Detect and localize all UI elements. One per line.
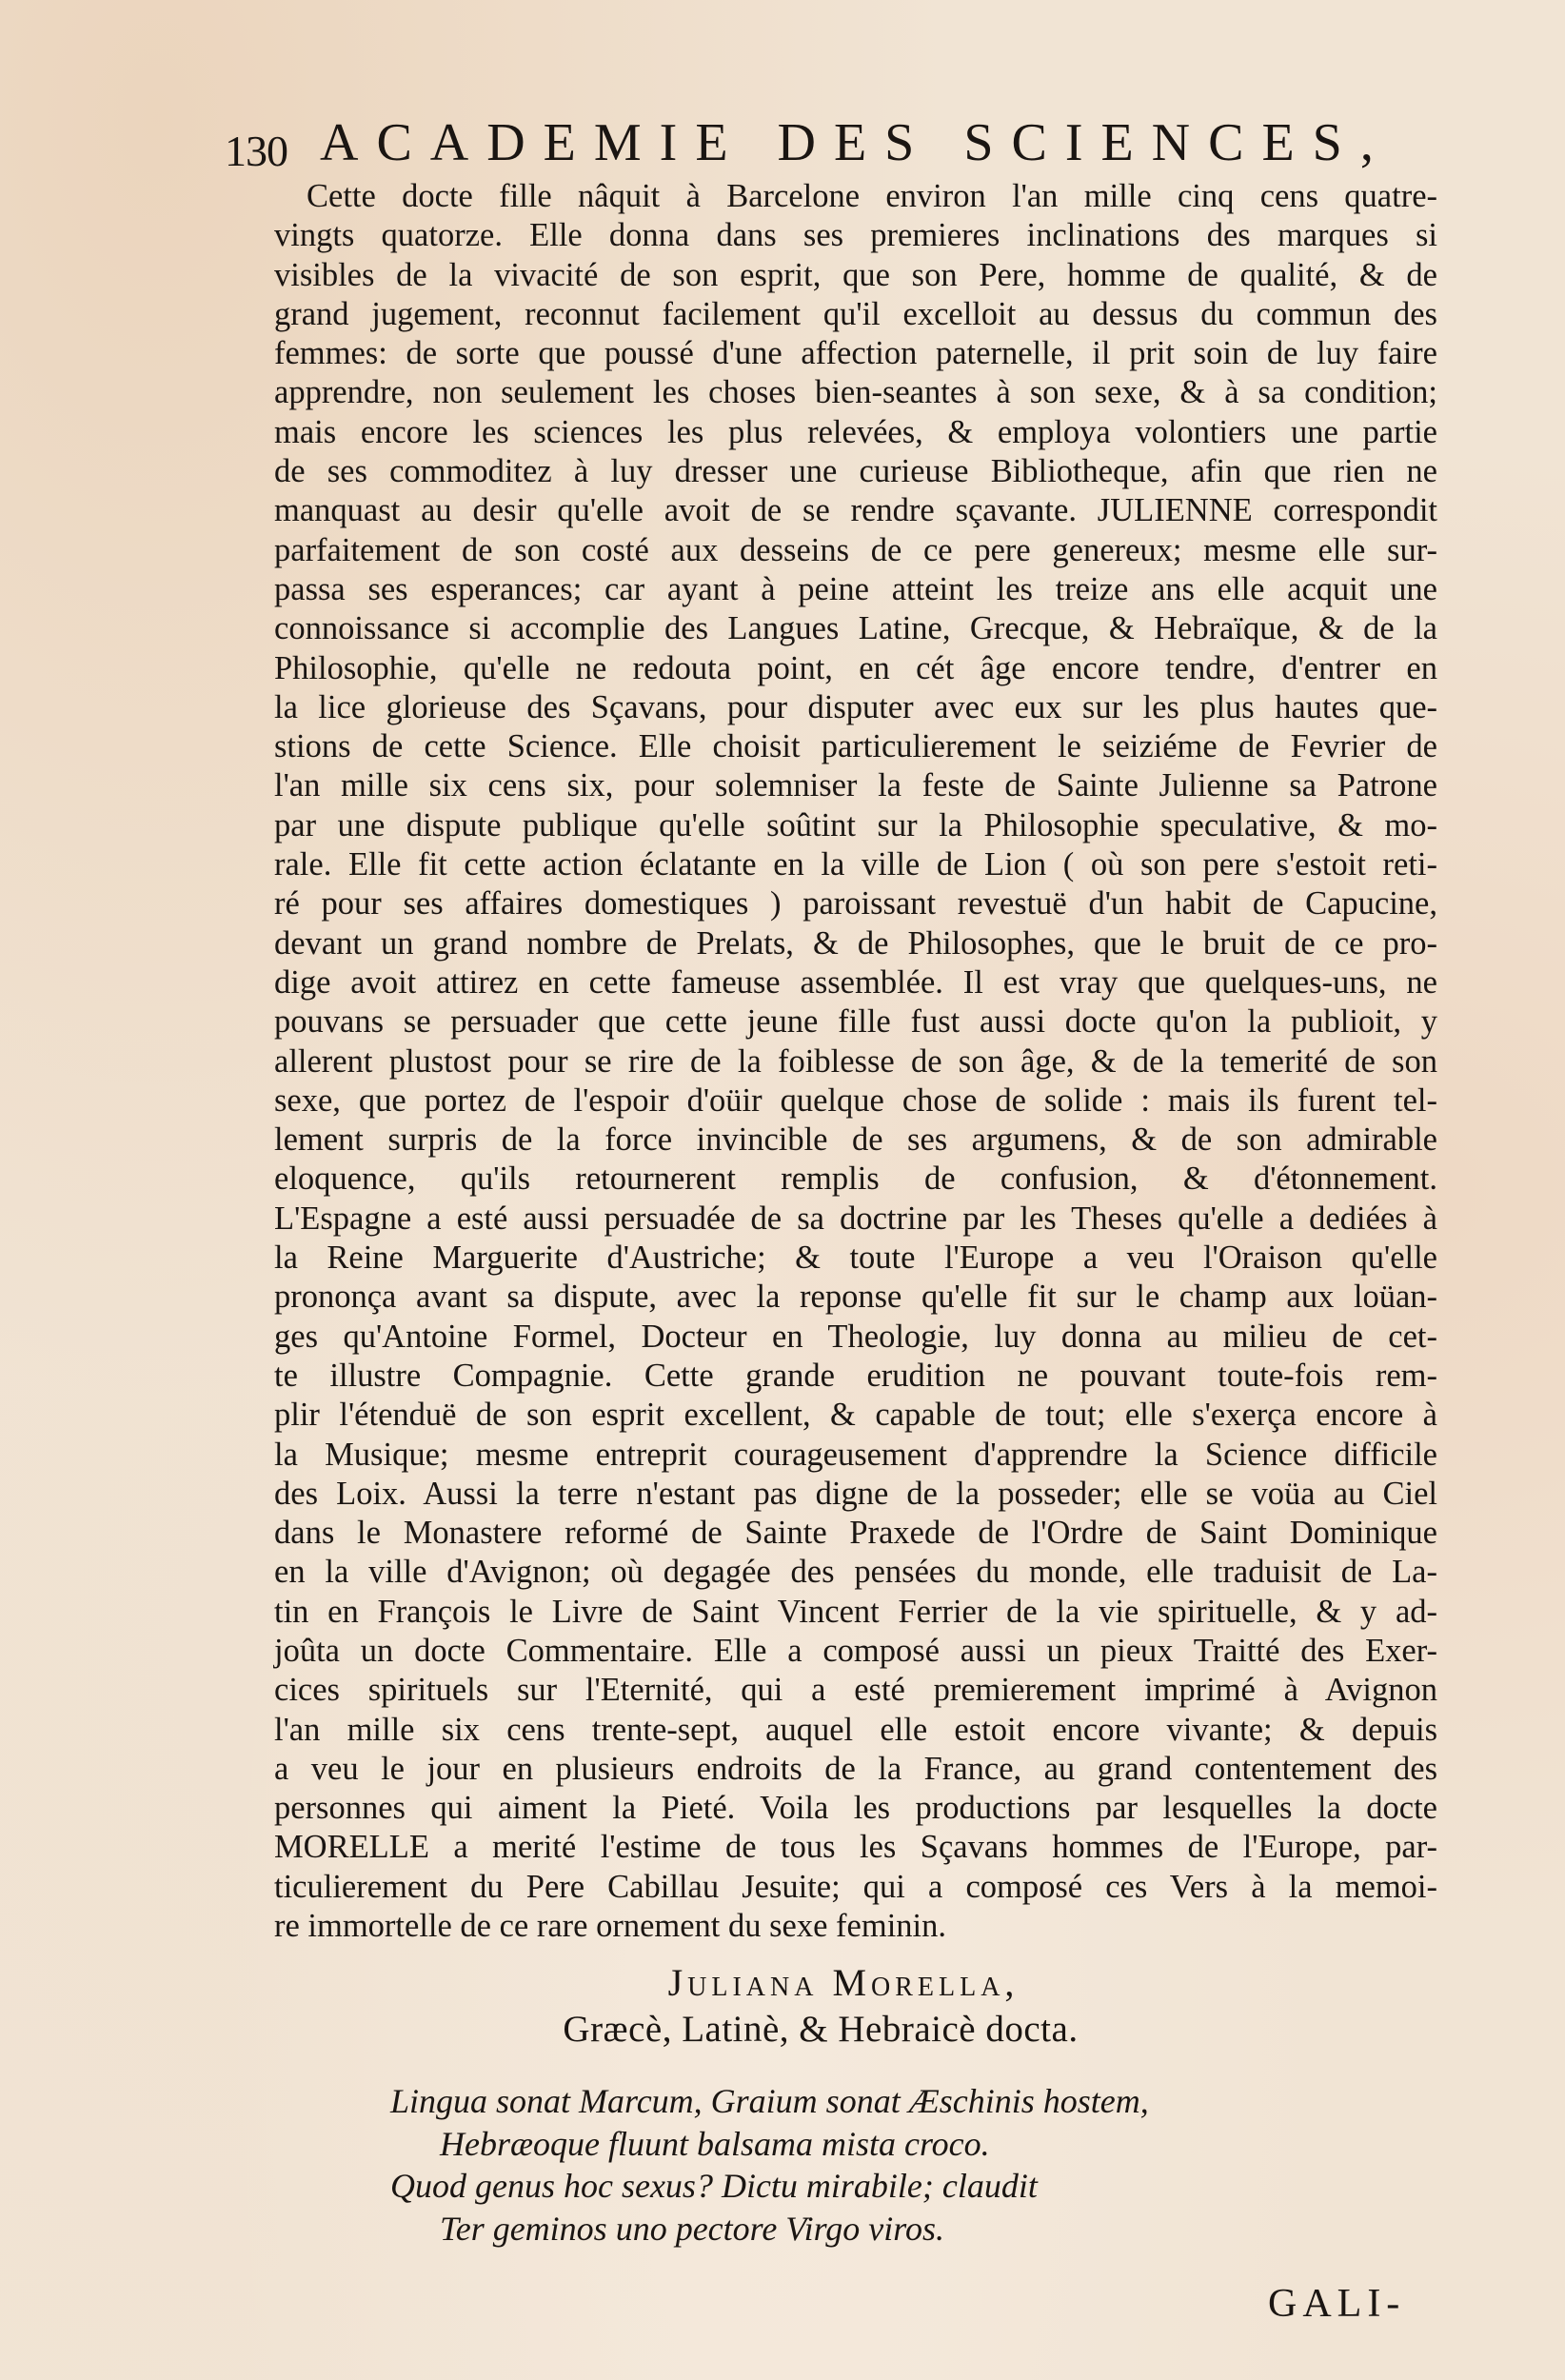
text-line: cices spirituels sur l'Eternité, qui a e… xyxy=(274,1671,1437,1710)
text-line: plir l'étenduë de son esprit excellent, … xyxy=(274,1396,1437,1435)
verse-line: Hebræoque fluunt balsama mista croco. xyxy=(390,2123,1149,2166)
text-line: re immortelle de ce rare ornement du sex… xyxy=(274,1907,1437,1946)
text-line: a veu le jour en plusieurs endroits de l… xyxy=(274,1750,1437,1789)
text-line: visibles de la vivacité de son esprit, q… xyxy=(274,256,1437,295)
running-head: 130 ACADEMIE DES SCIENCES, xyxy=(225,112,1462,179)
text-line: des Loix. Aussi la terre n'estant pas di… xyxy=(274,1475,1437,1514)
text-line: ré pour ses affaires domestiques ) paroi… xyxy=(274,884,1437,923)
verse-line: Quod genus hoc sexus? Dictu mirabile; cl… xyxy=(390,2165,1149,2208)
text-line: ticulierement du Pere Cabillau Jesuite; … xyxy=(274,1868,1437,1907)
text-line: grand jugement, reconnut facilement qu'i… xyxy=(274,295,1437,334)
text-line: vingts quatorze. Elle donna dans ses pre… xyxy=(274,216,1437,255)
text-line: la Reine Marguerite d'Austriche; & toute… xyxy=(274,1239,1437,1278)
text-line: l'an mille six cens trente-sept, auquel … xyxy=(274,1711,1437,1750)
text-line: sexe, que portez de l'espoir d'oüir quel… xyxy=(274,1081,1437,1121)
text-line: la lice glorieuse des Sçavans, pour disp… xyxy=(274,688,1437,727)
text-line: pouvans se persuader que cette jeune fil… xyxy=(274,1002,1437,1041)
text-line: l'an mille six cens six, pour solemniser… xyxy=(274,766,1437,805)
text-line: stions de cette Science. Elle choisit pa… xyxy=(274,727,1437,766)
book-page: 130 ACADEMIE DES SCIENCES, Cette docte f… xyxy=(0,0,1565,2380)
text-line: dige avoit attirez en cette fameuse asse… xyxy=(274,963,1437,1002)
text-line: dans le Monastere reformé de Sainte Prax… xyxy=(274,1514,1437,1553)
text-line: manquast au desir qu'elle avoit de se re… xyxy=(274,491,1437,530)
text-line: eloquence, qu'ils retournerent remplis d… xyxy=(274,1160,1437,1199)
text-line: de ses commoditez à luy dresser une curi… xyxy=(274,452,1437,491)
text-line: rale. Elle fit cette action éclatante en… xyxy=(274,845,1437,884)
text-line: mais encore les sciences les plus relevé… xyxy=(274,413,1437,452)
text-line: apprendre, non seulement les choses bien… xyxy=(274,373,1437,412)
text-line: parfaitement de son costé aux desseins d… xyxy=(274,531,1437,570)
running-title: ACADEMIE DES SCIENCES, xyxy=(320,112,1392,173)
text-line: MORELLE a merité l'estime de tous les Sç… xyxy=(274,1828,1437,1867)
epigraph-subtitle: Græcè, Latinè, & Hebraicè docta. xyxy=(0,2007,1565,2053)
text-line: connoissance si accomplie des Langues La… xyxy=(274,609,1437,648)
text-line: Cette docte fille nâquit à Barcelone env… xyxy=(274,177,1437,216)
epigraph: Juliana Morella, Græcè, Latinè, & Hebrai… xyxy=(0,1959,1565,2053)
page-number: 130 xyxy=(225,126,287,176)
text-line: lement surpris de la force invincible de… xyxy=(274,1121,1437,1160)
epigraph-name: Juliana Morella, xyxy=(0,1959,1565,2007)
text-line: femmes: de sorte que poussé d'une affect… xyxy=(274,334,1437,373)
text-line: Philosophie, qu'elle ne redouta point, e… xyxy=(274,649,1437,688)
body-paragraph: Cette docte fille nâquit à Barcelone env… xyxy=(274,177,1437,1946)
text-line: joûta un docte Commentaire. Elle a compo… xyxy=(274,1632,1437,1671)
text-line: en la ville d'Avignon; où degagée des pe… xyxy=(274,1553,1437,1592)
text-line: personnes qui aiment la Pieté. Voila les… xyxy=(274,1789,1437,1828)
verse-line: Lingua sonat Marcum, Graium sonat Æschin… xyxy=(390,2080,1149,2123)
text-line: prononça avant sa dispute, avec la repon… xyxy=(274,1278,1437,1317)
text-line: L'Espagne a esté aussi persuadée de sa d… xyxy=(274,1200,1437,1239)
text-line: par une dispute publique qu'elle soûtint… xyxy=(274,806,1437,845)
text-line: allerent plustost pour se rire de la foi… xyxy=(274,1042,1437,1081)
text-line: ges qu'Antoine Formel, Docteur en Theolo… xyxy=(274,1318,1437,1357)
text-line: devant un grand nombre de Prelats, & de … xyxy=(274,924,1437,963)
catchword: GALI- xyxy=(1268,2281,1405,2327)
latin-verse: Lingua sonat Marcum, Graium sonat Æschin… xyxy=(390,2080,1149,2250)
verse-line: Ter geminos uno pectore Virgo viros. xyxy=(390,2208,1149,2251)
text-line: tin en François le Livre de Saint Vincen… xyxy=(274,1593,1437,1632)
text-line: la Musique; mesme entreprit courageuseme… xyxy=(274,1436,1437,1475)
text-line: te illustre Compagnie. Cette grande erud… xyxy=(274,1357,1437,1396)
text-line: passa ses esperances; car ayant à peine … xyxy=(274,570,1437,609)
